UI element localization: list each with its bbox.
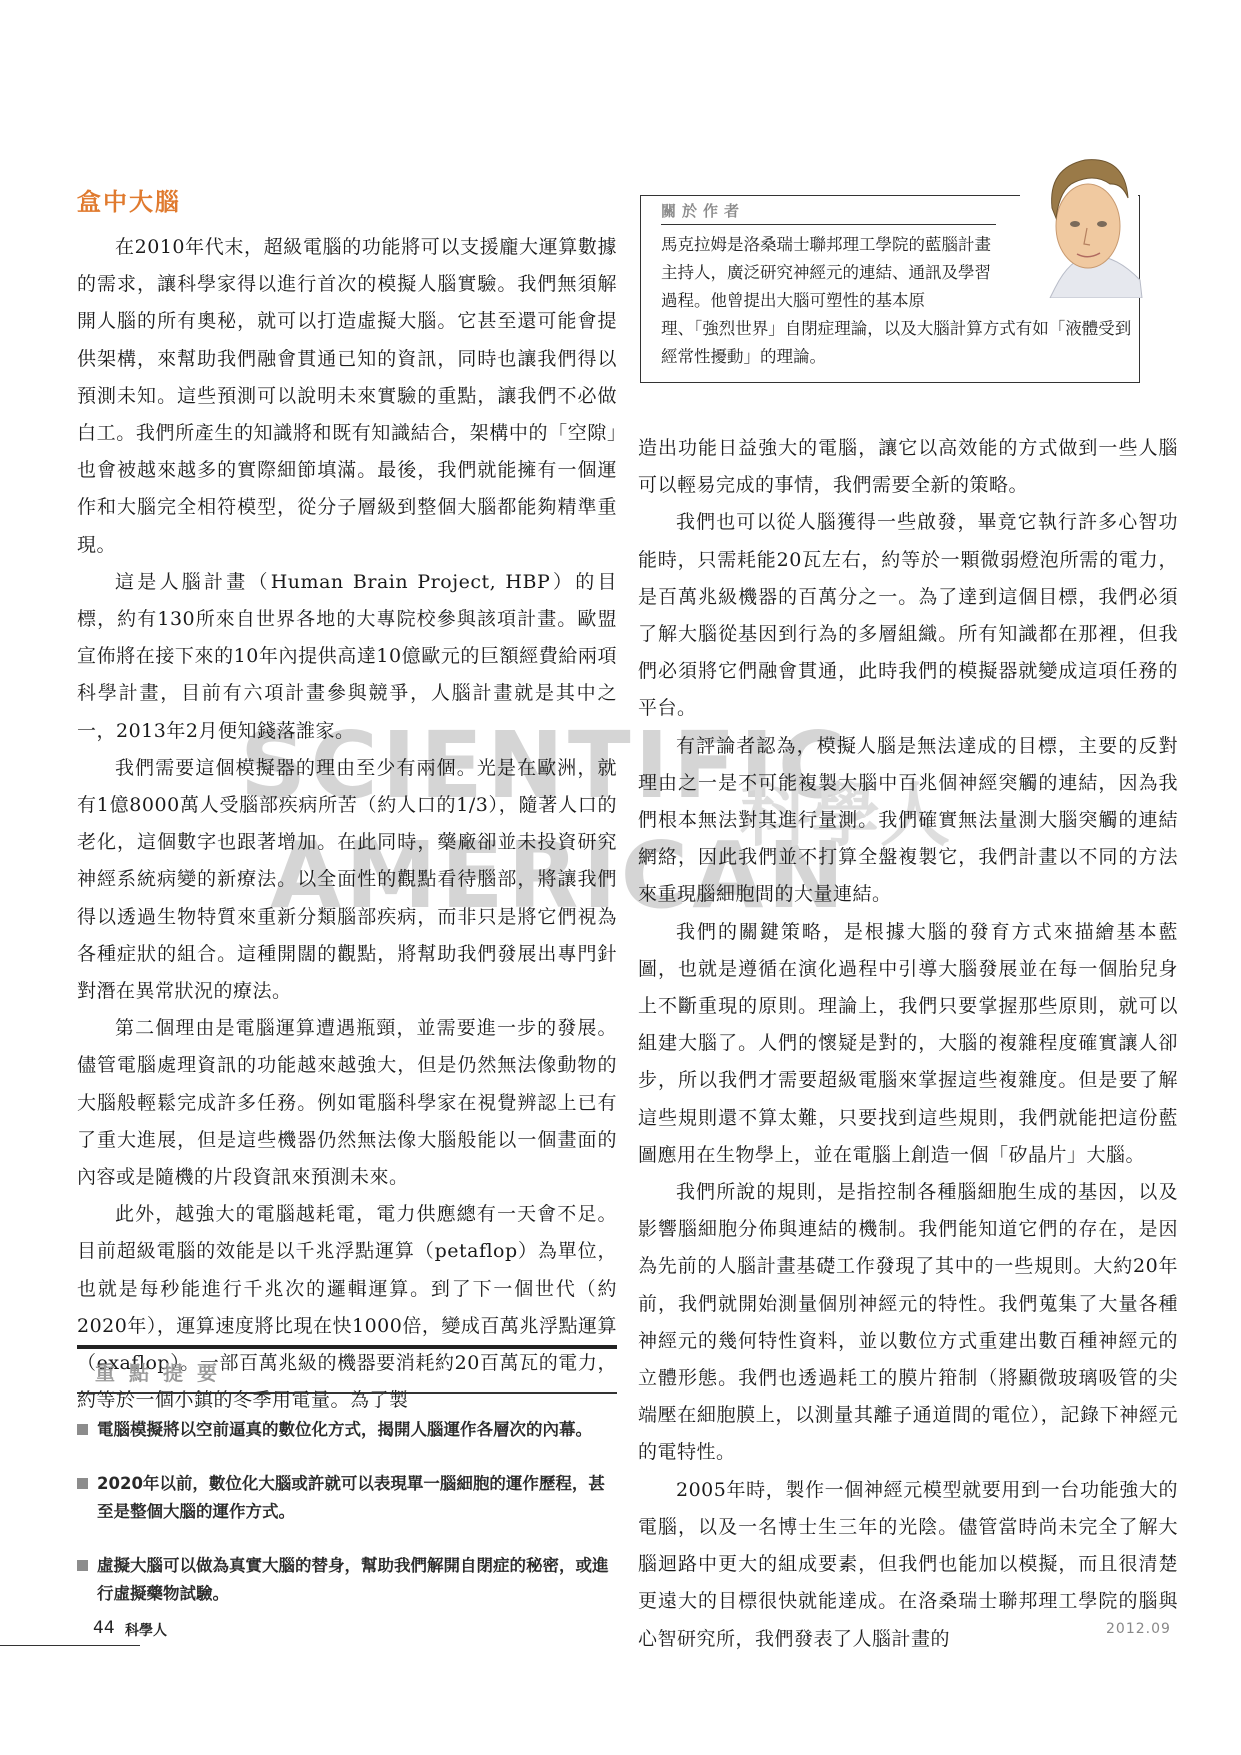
key-point-item: 電腦模擬將以空前逼真的數位化方式，揭開人腦運作各層次的內幕。 [77,1416,617,1444]
key-points-box: 重點提要 電腦模擬將以空前逼真的數位化方式，揭開人腦運作各層次的內幕。 2020… [77,1345,617,1634]
paragraph: 我們的關鍵策略，是根據大腦的發育方式來描繪基本藍圖，也就是遵循在演化過程中引導大… [638,914,1178,1174]
key-point-text: 2020年以前，數位化大腦或許就可以表現單一腦細胞的運作歷程，甚至是整個大腦的運… [97,1474,605,1521]
key-points-bottom-rule [77,1392,617,1394]
key-points-heading: 重點提要 [77,1349,617,1392]
key-point-text: 電腦模擬將以空前逼真的數位化方式，揭開人腦運作各層次的內幕。 [97,1420,592,1439]
paragraph: 第二個理由是電腦運算遭遇瓶頸，並需要進一步的發展。儘管電腦處理資訊的功能越來越強… [77,1010,617,1196]
square-bullet-icon [77,1560,88,1571]
page-number: 44 [93,1618,115,1638]
left-column: 盒中大腦 在2010年代末，超級電腦的功能將可以支援龐大運算數據的需求，讓科學家… [77,182,617,1420]
magazine-name: 科學人 [125,1620,167,1640]
footer-rule [0,1615,140,1646]
key-point-item: 虛擬大腦可以做為真實大腦的替身，幫助我們解開自閉症的秘密，或進行虛擬藥物試驗。 [77,1552,617,1608]
author-bio-part1: 馬克拉姆是洛桑瑞士聯邦理工學院的藍腦計畫主持人，廣泛研究神經元的連結、通訊及學習… [661,231,1001,315]
section-title: 盒中大腦 [77,182,617,217]
about-author-heading: 關於作者 [661,200,996,225]
paragraph: 在2010年代末，超級電腦的功能將可以支援龐大運算數據的需求，讓科學家得以進行首… [77,229,617,564]
key-point-item: 2020年以前，數位化大腦或許就可以表現單一腦細胞的運作歷程，甚至是整個大腦的運… [77,1470,617,1526]
author-bio-part2: 理、「強烈世界」自閉症理論，以及大腦計算方式有如「液體受到經常性擾動」的理論。 [661,319,1131,366]
paragraph: 造出功能日益強大的電腦，讓它以高效能的方式做到一些人腦可以輕易完成的事情，我們需… [638,430,1178,504]
paragraph: 我們也可以從人腦獲得一些啟發，畢竟它執行許多心智功能時，只需耗能20瓦左右，約等… [638,504,1178,727]
paragraph: 有評論者認為，模擬人腦是無法達成的目標，主要的反對理由之一是不可能複製大腦中百兆… [638,728,1178,914]
paragraph: 這是人腦計畫（Human Brain Project, HBP）的目標，約有13… [77,564,617,750]
issue-date: 2012.09 [1106,1621,1171,1637]
key-points-list: 電腦模擬將以空前逼真的數位化方式，揭開人腦運作各層次的內幕。 2020年以前，數… [77,1416,617,1608]
square-bullet-icon [77,1478,88,1489]
paragraph: 我們所說的規則，是指控制各種腦細胞生成的基因，以及影響腦細胞分佈與連結的機制。我… [638,1174,1178,1472]
paragraph: 2005年時，製作一個神經元模型就要用到一台功能強大的電腦，以及一名博士生三年的… [638,1472,1178,1658]
right-column: 造出功能日益強大的電腦，讓它以高效能的方式做到一些人腦可以輕易完成的事情，我們需… [638,430,1178,1658]
square-bullet-icon [77,1424,88,1435]
key-point-text: 虛擬大腦可以做為真實大腦的替身，幫助我們解開自閉症的秘密，或進行虛擬藥物試驗。 [97,1556,609,1603]
paragraph: 我們需要這個模擬器的理由至少有兩個。光是在歐洲，就有1億8000萬人受腦部疾病所… [77,750,617,1010]
author-portrait-icon [1030,148,1150,298]
